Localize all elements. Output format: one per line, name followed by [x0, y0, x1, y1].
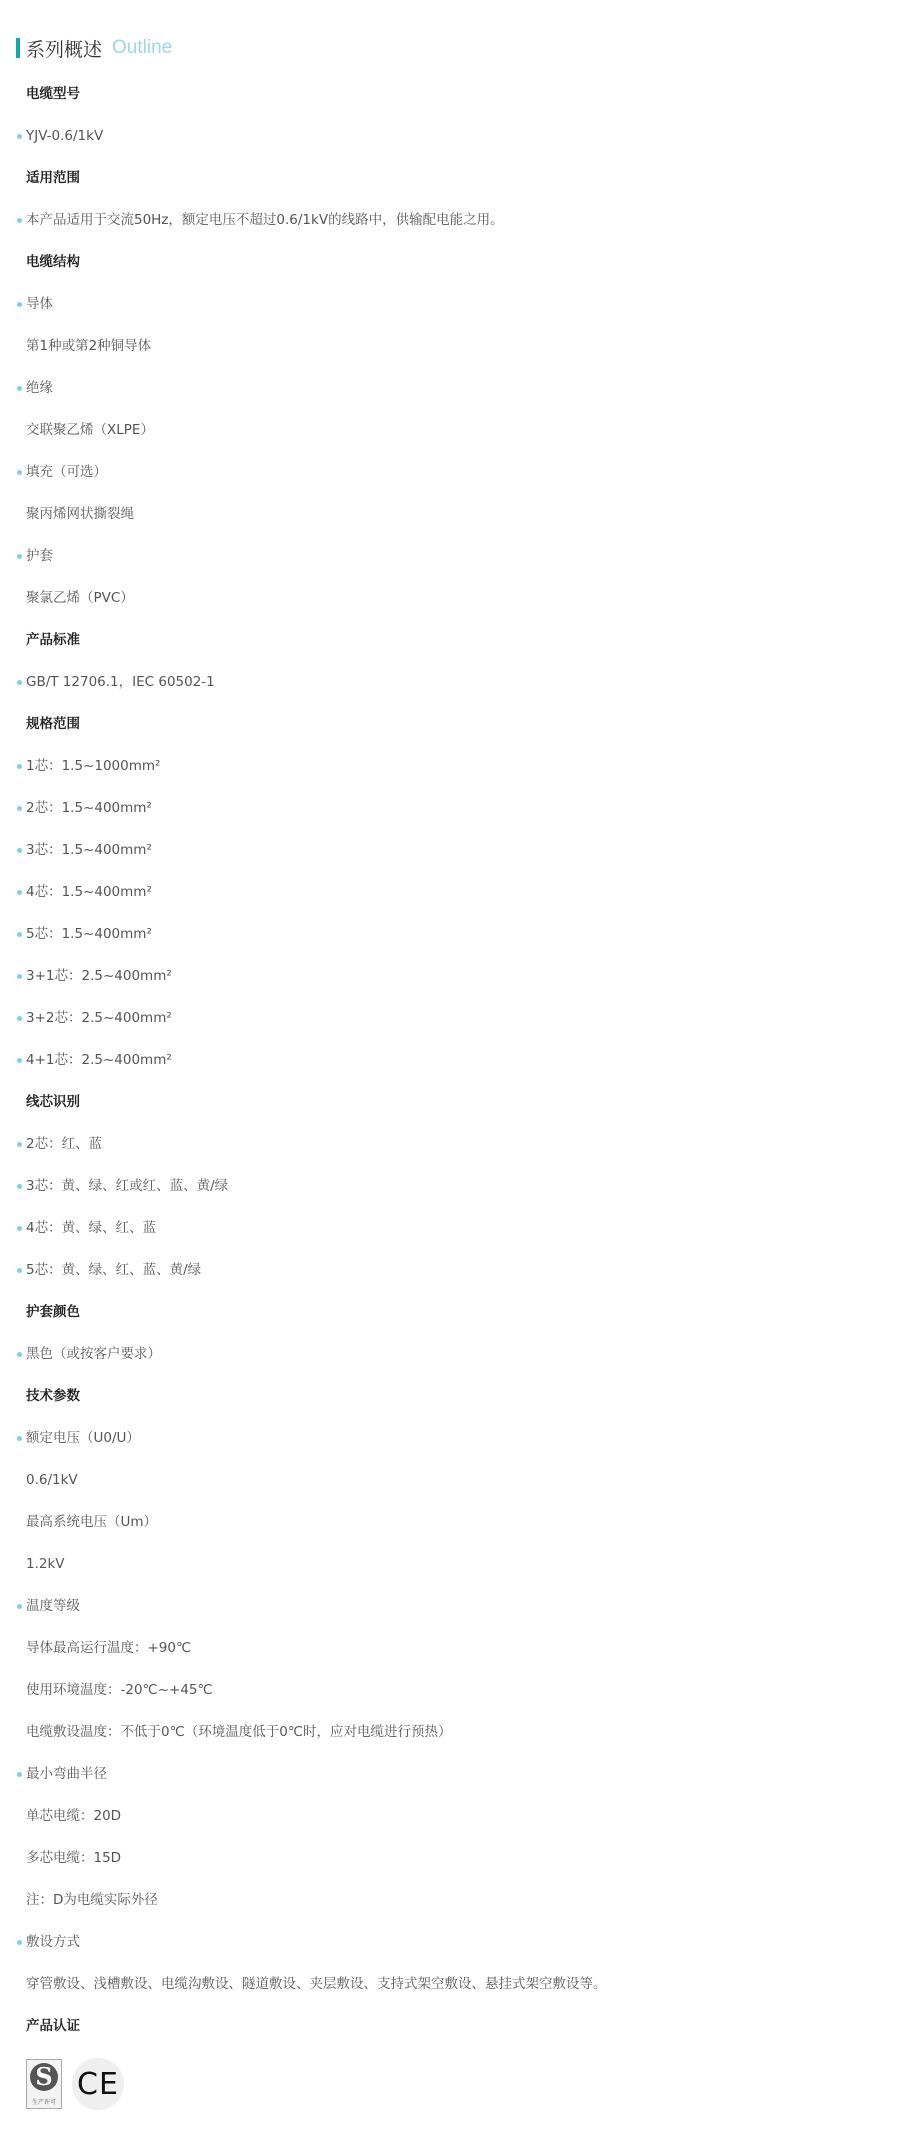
list-item: 4+1芯：2.5~400mm² — [26, 1051, 172, 1069]
list-item: 护套 — [26, 547, 53, 565]
list-item: 最小弯曲半径 — [26, 1765, 107, 1783]
section-heading: 护套颜色 — [26, 1303, 80, 1321]
list-item: 2芯：1.5~400mm² — [26, 799, 152, 817]
section-title: 系列概述 Outline — [16, 36, 172, 60]
list-detail: 1.2kV — [26, 1555, 65, 1573]
list-item: 3+1芯：2.5~400mm² — [26, 967, 172, 985]
list-detail: 电缆敷设温度：不低于0℃（环境温度低于0℃时，应对电缆进行预热） — [26, 1723, 452, 1741]
list-detail: 聚丙烯网状撕裂绳 — [26, 505, 134, 523]
list-detail: 注：D为电缆实际外径 — [26, 1891, 158, 1909]
section-heading: 线芯识别 — [26, 1093, 80, 1111]
list-item: 3+2芯：2.5~400mm² — [26, 1009, 172, 1027]
list-item: 3芯：黄、绿、红或红、蓝、黄/绿 — [26, 1177, 228, 1195]
list-item: 4芯：黄、绿、红、蓝 — [26, 1219, 156, 1237]
title-en: Outline — [112, 37, 172, 59]
list-item: YJV-0.6/1kV — [26, 127, 103, 145]
title-zh: 系列概述 — [26, 35, 102, 62]
ce-mark-icon: CE — [72, 2058, 124, 2110]
list-item: 额定电压（U0/U） — [26, 1429, 140, 1447]
list-item: 5芯：1.5~400mm² — [26, 925, 152, 943]
list-detail: 交联聚乙烯（XLPE） — [26, 421, 154, 439]
section-heading: 电缆结构 — [26, 253, 80, 271]
list-item: 敷设方式 — [26, 1933, 80, 1951]
title-accent-bar — [16, 38, 20, 58]
list-detail: 使用环境温度：-20℃~+45℃ — [26, 1681, 213, 1699]
list-detail: 穿管敷设、浅槽敷设、电缆沟敷设、隧道敷设、夹层敷设、支持式架空敷设、悬挂式架空敷… — [26, 1975, 607, 1993]
list-detail: 第1种或第2种铜导体 — [26, 337, 151, 355]
list-detail: 0.6/1kV — [26, 1471, 78, 1489]
list-item: GB/T 12706.1，IEC 60502-1 — [26, 673, 215, 691]
section-heading: 电缆型号 — [26, 85, 80, 103]
list-detail: 导体最高运行温度：+90℃ — [26, 1639, 191, 1657]
list-detail: 单芯电缆：20D — [26, 1807, 121, 1825]
section-heading: 技术参数 — [26, 1387, 80, 1405]
list-item: 导体 — [26, 295, 53, 313]
qs-certification-icon: S 生产许可 — [26, 2059, 62, 2109]
list-item: 温度等级 — [26, 1597, 80, 1615]
list-item: 2芯：红、蓝 — [26, 1135, 102, 1153]
certification-logos: S 生产许可 CE — [26, 2058, 124, 2110]
section-heading: 适用范围 — [26, 169, 80, 187]
list-item: 填充（可选） — [26, 463, 107, 481]
list-item: 5芯：黄、绿、红、蓝、黄/绿 — [26, 1261, 201, 1279]
list-item: 3芯：1.5~400mm² — [26, 841, 152, 859]
section-heading: 规格范围 — [26, 715, 80, 733]
list-detail: 多芯电缆：15D — [26, 1849, 121, 1867]
list-detail: 最高系统电压（Um） — [26, 1513, 157, 1531]
list-item: 4芯：1.5~400mm² — [26, 883, 152, 901]
list-item: 绝缘 — [26, 379, 53, 397]
section-heading: 产品认证 — [26, 2017, 80, 2035]
list-item: 1芯：1.5~1000mm² — [26, 757, 160, 775]
list-item: 本产品适用于交流50Hz，额定电压不超过0.6/1kV的线路中，供输配电能之用。 — [26, 211, 504, 229]
section-heading: 产品标准 — [26, 631, 80, 649]
list-detail: 聚氯乙烯（PVC） — [26, 589, 134, 607]
list-item: 黑色（或按客户要求） — [26, 1345, 161, 1363]
